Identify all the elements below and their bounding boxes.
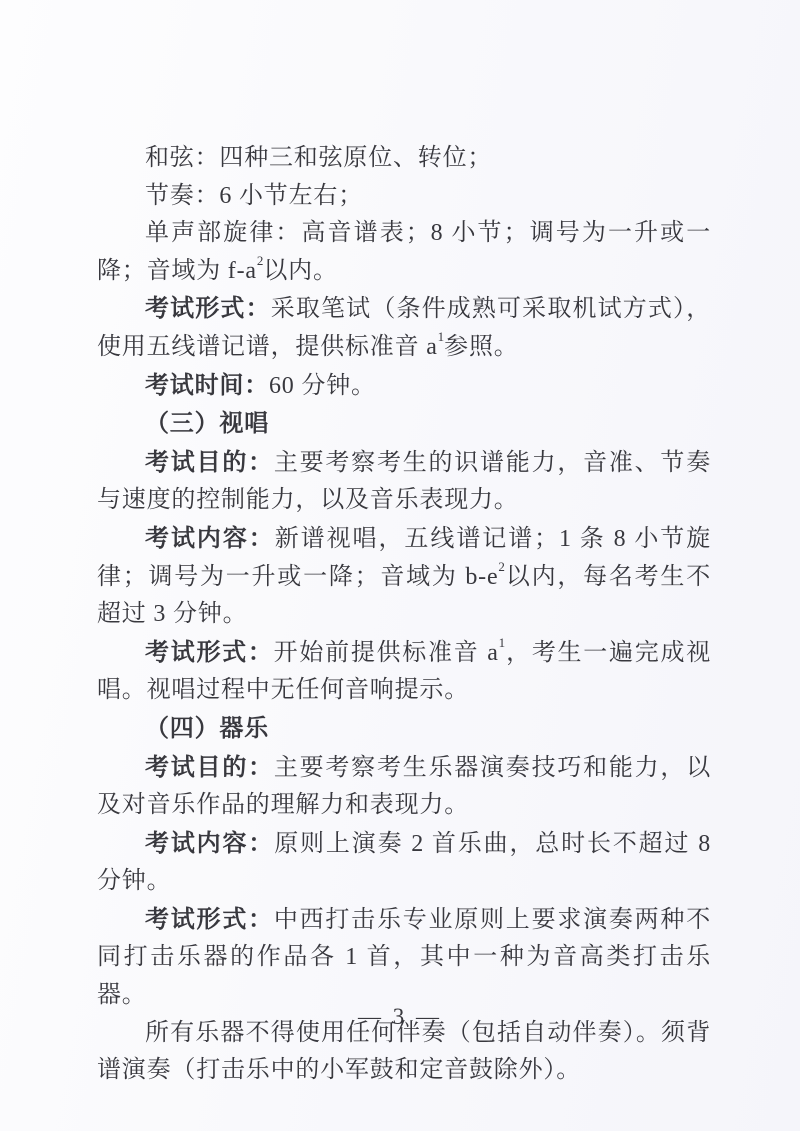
paragraph: 节奏：6 小节左右； (97, 178, 711, 216)
paragraph-text: 参照。 (444, 334, 518, 360)
paragraph: 和弦：四种三和弦原位、转位； (97, 140, 711, 178)
paragraph: 考试目的：主要考察考生乐器演奏技巧和能力，以及对音乐作品的理解力和表现力。 (97, 749, 711, 825)
superscript: 1 (499, 635, 506, 650)
paragraph: 考试形式：中西打击乐专业原则上要求演奏两种不同打击乐器的作品各 1 首，其中一种… (97, 901, 711, 1015)
superscript: 2 (257, 253, 264, 268)
document-page: 和弦：四种三和弦原位、转位；节奏：6 小节左右；单声部旋律：高音谱表；8 小节；… (0, 0, 800, 1131)
page-number: — 3 — (0, 1004, 800, 1030)
paragraph: 考试内容：原则上演奏 2 首乐曲，总时长不超过 8 分钟。 (97, 825, 711, 901)
paragraph: 考试形式：采取笔试（条件成熟可采取机试方式），使用五线谱记谱，提供标准音 a1参… (97, 290, 711, 366)
paragraph-label: （四）器乐 (145, 715, 269, 742)
paragraph: 考试目的：主要考察考生的识谱能力，音准、节奏与速度的控制能力，以及音乐表现力。 (97, 444, 711, 520)
paragraph-text: 以内。 (263, 258, 337, 284)
paragraph-text: 节奏：6 小节左右； (145, 183, 363, 209)
paragraph-label: 考试内容： (145, 830, 274, 857)
paragraph-text: 开始前提供标准音 a (274, 640, 499, 666)
paragraph-text: 60 分钟。 (269, 373, 376, 399)
section-heading: （三）视唱 (97, 405, 711, 444)
paragraph-label: 考试形式： (145, 906, 274, 933)
paragraph: 考试形式：开始前提供标准音 a1，考生一遍完成视唱。视唱过程中无任何音响提示。 (97, 634, 711, 710)
paragraph-label: （三）视唱 (145, 410, 269, 437)
superscript: 1 (438, 329, 445, 344)
paragraph-label: 考试形式： (145, 639, 274, 666)
superscript: 2 (498, 559, 505, 574)
paragraph: 考试内容：新谱视唱，五线谱记谱；1 条 8 小节旋律；调号为一升或一降；音域为 … (97, 520, 711, 634)
paragraph-text: 单声部旋律：高音谱表；8 小节；调号为一升或一降；音域为 f-a (97, 220, 711, 284)
section-heading: （四）器乐 (97, 710, 711, 749)
paragraph: 考试时间：60 分钟。 (97, 367, 711, 406)
paragraph-label: 考试内容： (145, 525, 275, 552)
paragraph-text: 和弦：四种三和弦原位、转位； (145, 145, 492, 171)
paragraph-label: 考试时间： (145, 372, 269, 399)
paragraph-label: 考试目的： (145, 754, 274, 781)
paragraph-label: 考试形式： (145, 295, 271, 322)
paragraph-label: 考试目的： (145, 449, 274, 476)
document-body: 和弦：四种三和弦原位、转位；节奏：6 小节左右；单声部旋律：高音谱表；8 小节；… (97, 140, 711, 1090)
paragraph: 单声部旋律：高音谱表；8 小节；调号为一升或一降；音域为 f-a2以内。 (97, 215, 711, 290)
